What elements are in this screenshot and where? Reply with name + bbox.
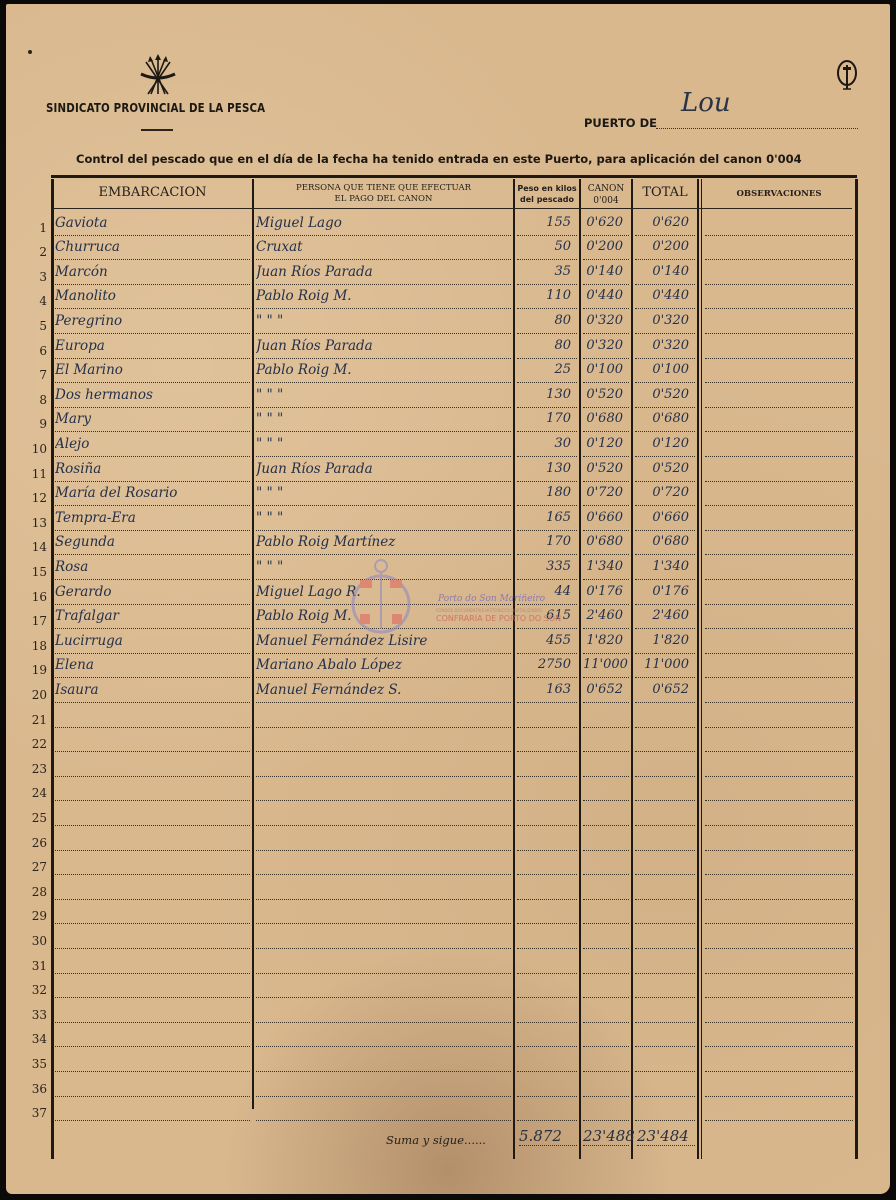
document-page: SINDICATO PROVINCIAL DE LA PESCA PUERTO …	[6, 4, 890, 1194]
observaciones-cell[interactable]	[705, 704, 853, 728]
table-row: 35	[51, 1047, 857, 1072]
observaciones-cell[interactable]	[705, 236, 853, 260]
table-row: 3MarcónJuan Ríos Parada350'1400'140	[51, 260, 857, 285]
observaciones-cell[interactable]	[705, 359, 853, 383]
canon-cell[interactable]: 0'440	[583, 285, 629, 309]
persona-cell[interactable]: " " "	[256, 310, 511, 334]
persona-cell[interactable]: " " "	[256, 408, 511, 432]
row-number: 14	[21, 540, 47, 554]
canon-cell[interactable]: 0'200	[583, 236, 629, 260]
observaciones-cell[interactable]	[705, 974, 853, 998]
embarcacion-cell[interactable]: María del Rosario	[55, 482, 250, 506]
suma-y-sigue-label: Suma y sigue......	[386, 1133, 486, 1147]
row-number: 29	[21, 909, 47, 923]
canon-cell[interactable]: 0'680	[583, 408, 629, 432]
embarcacion-cell[interactable]	[55, 974, 250, 998]
embarcacion-cell[interactable]	[55, 827, 250, 851]
peso-cell[interactable]	[517, 999, 577, 1023]
embarcacion-cell[interactable]: Segunda	[55, 531, 250, 555]
canon-cell[interactable]: 0'176	[583, 581, 629, 605]
persona-cell[interactable]	[256, 974, 511, 998]
total-cell[interactable]	[635, 1048, 695, 1072]
peso-cell[interactable]	[517, 802, 577, 826]
persona-cell[interactable]	[256, 704, 511, 728]
table-row: 22	[51, 728, 857, 753]
peso-cell[interactable]	[517, 1023, 577, 1047]
peso-cell[interactable]: 110	[517, 285, 577, 309]
observaciones-cell[interactable]	[705, 384, 853, 408]
embarcacion-cell[interactable]: Dos hermanos	[55, 384, 250, 408]
row-number: 23	[21, 762, 47, 776]
total-cell[interactable]	[635, 925, 695, 949]
table-row: 23	[51, 752, 857, 777]
observaciones-cell[interactable]	[705, 802, 853, 826]
table-row: 27	[51, 851, 857, 876]
total-cell[interactable]	[635, 704, 695, 728]
persona-cell[interactable]	[256, 802, 511, 826]
observaciones-cell[interactable]	[705, 458, 853, 482]
peso-cell[interactable]: 2750	[517, 654, 577, 678]
peso-cell[interactable]: 335	[517, 556, 577, 580]
total-cell[interactable]: 0'680	[635, 408, 695, 432]
embarcacion-cell[interactable]	[55, 753, 250, 777]
table-row: 24	[51, 777, 857, 802]
persona-cell[interactable]: Miguel Lago	[256, 212, 511, 236]
observaciones-cell[interactable]	[705, 1097, 853, 1121]
canon-cell[interactable]	[583, 925, 629, 949]
embarcacion-cell[interactable]	[55, 950, 250, 974]
peso-cell[interactable]	[517, 974, 577, 998]
peso-cell[interactable]: 180	[517, 482, 577, 506]
total-cell[interactable]: 2'460	[635, 605, 695, 629]
persona-cell[interactable]	[256, 753, 511, 777]
observaciones-cell[interactable]	[705, 753, 853, 777]
puerto-label: PUERTO DE	[584, 116, 657, 130]
canon-cell[interactable]: 0'620	[583, 212, 629, 236]
total-cell[interactable]	[635, 950, 695, 974]
embarcacion-cell[interactable]: Gerardo	[55, 581, 250, 605]
total-cell[interactable]: 0'652	[635, 679, 695, 703]
table-row: 26	[51, 826, 857, 851]
persona-cell[interactable]: " " "	[256, 384, 511, 408]
canon-cell[interactable]	[583, 851, 629, 875]
total-cell[interactable]	[635, 999, 695, 1023]
canon-cell[interactable]: 2'460	[583, 605, 629, 629]
header-bottom-rule	[53, 208, 852, 209]
row-number: 1	[21, 221, 47, 235]
total-cell[interactable]: 0'660	[635, 507, 695, 531]
table-row: 19ElenaMariano Abalo López275011'00011'0…	[51, 654, 857, 679]
table-row: 25	[51, 801, 857, 826]
table-row: 9Mary" " "1700'6800'680	[51, 408, 857, 433]
observaciones-cell[interactable]	[705, 1048, 853, 1072]
row-number: 36	[21, 1082, 47, 1096]
canon-cell[interactable]: 0'652	[583, 679, 629, 703]
observaciones-cell[interactable]	[705, 728, 853, 752]
embarcacion-cell[interactable]	[55, 802, 250, 826]
table-row: 12María del Rosario" " "1800'7200'720	[51, 482, 857, 507]
peso-cell[interactable]: 130	[517, 384, 577, 408]
persona-cell[interactable]: Juan Ríos Parada	[256, 335, 511, 359]
observaciones-cell[interactable]	[705, 679, 853, 703]
peso-cell[interactable]: 80	[517, 335, 577, 359]
observaciones-cell[interactable]	[705, 433, 853, 457]
table-row: 32	[51, 974, 857, 999]
persona-cell[interactable]	[256, 851, 511, 875]
canon-cell[interactable]	[583, 802, 629, 826]
table-row: 29	[51, 900, 857, 925]
header-canon-line2: 0'004	[581, 195, 631, 207]
embarcacion-cell[interactable]: Alejo	[55, 433, 250, 457]
row-number: 13	[21, 516, 47, 530]
table-row: 37	[51, 1097, 857, 1122]
persona-cell[interactable]	[256, 1023, 511, 1047]
persona-cell[interactable]	[256, 900, 511, 924]
row-number: 34	[21, 1032, 47, 1046]
row-number: 3	[21, 270, 47, 284]
observaciones-cell[interactable]	[705, 1073, 853, 1097]
peso-cell[interactable]: 50	[517, 236, 577, 260]
embarcacion-cell[interactable]	[55, 876, 250, 900]
yoke-and-arrows-emblem-icon	[138, 54, 178, 98]
row-number: 4	[21, 294, 47, 308]
persona-cell[interactable]: Pablo Roig M.	[256, 285, 511, 309]
observaciones-cell[interactable]	[705, 507, 853, 531]
observaciones-cell[interactable]	[705, 310, 853, 334]
canon-cell[interactable]	[583, 1048, 629, 1072]
row-number: 2	[21, 245, 47, 259]
observaciones-cell[interactable]	[705, 212, 853, 236]
total-cell[interactable]: 0'320	[635, 310, 695, 334]
row-number: 28	[21, 885, 47, 899]
peso-cell[interactable]: 165	[517, 507, 577, 531]
header-peso: Peso en kilos del pescado	[515, 183, 579, 205]
observaciones-cell[interactable]	[705, 335, 853, 359]
row-number: 30	[21, 934, 47, 948]
persona-cell[interactable]: Manuel Fernández S.	[256, 679, 511, 703]
observaciones-cell[interactable]	[705, 1023, 853, 1047]
embarcacion-cell[interactable]: Manolito	[55, 285, 250, 309]
peso-cell[interactable]	[517, 900, 577, 924]
total-cell[interactable]	[635, 802, 695, 826]
row-number: 16	[21, 590, 47, 604]
peso-cell[interactable]: 155	[517, 212, 577, 236]
table-row: 1GaviotaMiguel Lago1550'6200'620	[51, 211, 857, 236]
embarcacion-cell[interactable]: Tempra-Era	[55, 507, 250, 531]
observaciones-cell[interactable]	[705, 285, 853, 309]
row-number: 35	[21, 1057, 47, 1071]
peso-cell[interactable]: 80	[517, 310, 577, 334]
header-canon-line1: CANON	[581, 183, 631, 195]
peso-cell[interactable]	[517, 876, 577, 900]
observaciones-cell[interactable]	[705, 482, 853, 506]
canon-cell[interactable]: 0'320	[583, 335, 629, 359]
peso-cell[interactable]	[517, 1048, 577, 1072]
canon-cell[interactable]	[583, 728, 629, 752]
total-cell[interactable]: 0'440	[635, 285, 695, 309]
persona-cell[interactable]	[256, 1073, 511, 1097]
total-cell[interactable]	[635, 974, 695, 998]
total-cell[interactable]: 0'680	[635, 531, 695, 555]
header-peso-line1: Peso en kilos	[515, 183, 579, 194]
persona-cell[interactable]: " " "	[256, 507, 511, 531]
persona-cell[interactable]	[256, 777, 511, 801]
total-cell[interactable]: 0'320	[635, 335, 695, 359]
canon-cell[interactable]	[583, 827, 629, 851]
peso-cell[interactable]	[517, 950, 577, 974]
canon-cell[interactable]: 0'140	[583, 261, 629, 285]
row-number: 9	[21, 417, 47, 431]
table-row: 21	[51, 703, 857, 728]
canon-cell[interactable]	[583, 704, 629, 728]
observaciones-cell[interactable]	[705, 876, 853, 900]
row-number: 21	[21, 713, 47, 727]
peso-cell[interactable]: 35	[517, 261, 577, 285]
total-cell[interactable]: 0'720	[635, 482, 695, 506]
canon-cell[interactable]: 0'660	[583, 507, 629, 531]
observaciones-cell[interactable]	[705, 261, 853, 285]
total-cell[interactable]	[635, 753, 695, 777]
persona-cell[interactable]: " " "	[256, 482, 511, 506]
row-number: 26	[21, 836, 47, 850]
persona-cell[interactable]: Juan Ríos Parada	[256, 458, 511, 482]
embarcacion-cell[interactable]: Marcón	[55, 261, 250, 285]
observaciones-cell[interactable]	[705, 408, 853, 432]
observaciones-cell[interactable]	[705, 556, 853, 580]
header-observaciones: OBSERVACIONES	[703, 189, 855, 199]
table-row: 8Dos hermanos" " "1300'5200'520	[51, 383, 857, 408]
embarcacion-cell[interactable]: Isaura	[55, 679, 250, 703]
canon-cell[interactable]: 0'120	[583, 433, 629, 457]
row-number: 33	[21, 1008, 47, 1022]
grand-total[interactable]: 23'484	[637, 1127, 695, 1146]
total-cell[interactable]	[635, 827, 695, 851]
observaciones-cell[interactable]	[705, 950, 853, 974]
peso-cell[interactable]: 163	[517, 679, 577, 703]
embarcacion-cell[interactable]: Rosa	[55, 556, 250, 580]
peso-cell[interactable]: 170	[517, 531, 577, 555]
embarcacion-cell[interactable]	[55, 1048, 250, 1072]
total-cell[interactable]	[635, 1023, 695, 1047]
persona-cell[interactable]	[256, 925, 511, 949]
embarcacion-cell[interactable]	[55, 925, 250, 949]
total-cell[interactable]: 0'140	[635, 261, 695, 285]
canon-cell[interactable]: 0'320	[583, 310, 629, 334]
embarcacion-cell[interactable]: Elena	[55, 654, 250, 678]
row-number: 24	[21, 786, 47, 800]
observaciones-cell[interactable]	[705, 605, 853, 629]
embarcacion-cell[interactable]	[55, 1023, 250, 1047]
watermark-subtitle: FONDOS DOCUMENTAIS HISTÓRICOS DIXITALIZA…	[436, 608, 542, 613]
canon-cell[interactable]: 0'520	[583, 458, 629, 482]
embarcacion-cell[interactable]: Churruca	[55, 236, 250, 260]
total-cell[interactable]: 0'520	[635, 458, 695, 482]
embarcacion-cell[interactable]: Mary	[55, 408, 250, 432]
canon-cell[interactable]	[583, 777, 629, 801]
embarcacion-cell[interactable]: El Marino	[55, 359, 250, 383]
total-cell[interactable]	[635, 728, 695, 752]
embarcacion-cell[interactable]: Europa	[55, 335, 250, 359]
row-number: 10	[21, 442, 47, 456]
persona-cell[interactable]	[256, 1048, 511, 1072]
total-cell[interactable]: 0'176	[635, 581, 695, 605]
table-row: 28	[51, 875, 857, 900]
observaciones-cell[interactable]	[705, 531, 853, 555]
table-row: 11RosiñaJuan Ríos Parada1300'5200'520	[51, 457, 857, 482]
total-cell[interactable]	[635, 900, 695, 924]
embarcacion-cell[interactable]	[55, 999, 250, 1023]
puerto-value[interactable]: Lou	[681, 88, 731, 118]
persona-cell[interactable]: Mariano Abalo López	[256, 654, 511, 678]
total-cell[interactable]	[635, 777, 695, 801]
observaciones-cell[interactable]	[705, 630, 853, 654]
peso-cell[interactable]	[517, 1097, 577, 1121]
header-total: TOTAL	[633, 185, 697, 200]
embarcacion-cell[interactable]: Gaviota	[55, 212, 250, 236]
watermark-signature: Porto do Son Mariñeiro	[438, 594, 545, 604]
canon-cell[interactable]	[583, 876, 629, 900]
total-cell[interactable]: 0'520	[635, 384, 695, 408]
table-row: 14SegundaPablo Roig Martínez1700'6800'68…	[51, 531, 857, 556]
peso-cell[interactable]	[517, 925, 577, 949]
total-cell[interactable]	[635, 1073, 695, 1097]
embarcacion-cell[interactable]	[55, 704, 250, 728]
embarcacion-cell[interactable]	[55, 1073, 250, 1097]
puerto-field-line	[656, 128, 858, 129]
peso-cell[interactable]	[517, 827, 577, 851]
row-number: 37	[21, 1106, 47, 1120]
table-row: 15Rosa" " "3351'3401'340	[51, 555, 857, 580]
embarcacion-cell[interactable]	[55, 777, 250, 801]
persona-cell[interactable]	[256, 950, 511, 974]
embarcacion-cell[interactable]: Lucirruga	[55, 630, 250, 654]
total-cell[interactable]	[635, 851, 695, 875]
embarcacion-cell[interactable]	[55, 1097, 250, 1121]
total-cell[interactable]: 0'620	[635, 212, 695, 236]
table-row: 36	[51, 1072, 857, 1097]
total-cell[interactable]	[635, 1097, 695, 1121]
peso-cell[interactable]: 170	[517, 408, 577, 432]
persona-cell[interactable]: Cruxat	[256, 236, 511, 260]
canon-cell[interactable]: 0'100	[583, 359, 629, 383]
persona-cell[interactable]	[256, 728, 511, 752]
observaciones-cell[interactable]	[705, 827, 853, 851]
watermark-org: CONFRARIA DE PORTO DO SON	[436, 614, 561, 623]
total-cell[interactable]: 0'100	[635, 359, 695, 383]
peso-cell[interactable]	[517, 777, 577, 801]
observaciones-cell[interactable]	[705, 581, 853, 605]
persona-cell[interactable]	[256, 827, 511, 851]
canon-cell[interactable]: 0'720	[583, 482, 629, 506]
row-number: 32	[21, 983, 47, 997]
embarcacion-cell[interactable]: Peregrino	[55, 310, 250, 334]
table-row: 31	[51, 949, 857, 974]
canon-cell[interactable]	[583, 1073, 629, 1097]
total-cell[interactable]: 0'200	[635, 236, 695, 260]
total-cell[interactable]: 11'000	[635, 654, 695, 678]
total-cell[interactable]: 1'340	[635, 556, 695, 580]
row-number: 5	[21, 319, 47, 333]
row-number: 7	[21, 368, 47, 382]
row-number: 20	[21, 688, 47, 702]
canon-cell[interactable]: 0'520	[583, 384, 629, 408]
canon-cell[interactable]	[583, 753, 629, 777]
row-number: 8	[21, 393, 47, 407]
peso-total[interactable]: 5.872	[519, 1127, 577, 1146]
peso-cell[interactable]: 25	[517, 359, 577, 383]
peso-cell[interactable]	[517, 704, 577, 728]
canon-cell[interactable]: 1'820	[583, 630, 629, 654]
observaciones-cell[interactable]	[705, 999, 853, 1023]
observaciones-cell[interactable]	[705, 925, 853, 949]
canon-cell[interactable]	[583, 974, 629, 998]
table-top-rule	[51, 175, 857, 178]
embarcacion-cell[interactable]: Rosiña	[55, 458, 250, 482]
title-underline	[141, 129, 173, 131]
canon-cell[interactable]	[583, 999, 629, 1023]
canon-total[interactable]: 23'488	[583, 1127, 629, 1146]
canon-cell[interactable]	[583, 950, 629, 974]
row-number: 27	[21, 860, 47, 874]
canon-cell[interactable]: 11'000	[583, 654, 629, 678]
canon-cell[interactable]	[583, 1097, 629, 1121]
canon-cell[interactable]: 0'680	[583, 531, 629, 555]
persona-cell[interactable]	[256, 876, 511, 900]
embarcacion-cell[interactable]	[55, 851, 250, 875]
header-canon: CANON 0'004	[581, 183, 631, 207]
embarcacion-cell[interactable]: Trafalgar	[55, 605, 250, 629]
table-row: 7El MarinoPablo Roig M.250'1000'100	[51, 359, 857, 384]
persona-cell[interactable]	[256, 1097, 511, 1121]
header-persona-line1: PERSONA QUE TIENE QUE EFECTUAR	[254, 183, 513, 194]
organization-title: SINDICATO PROVINCIAL DE LA PESCA	[46, 100, 265, 115]
peso-cell[interactable]: 30	[517, 433, 577, 457]
control-description: Control del pescado que en el día de la …	[76, 152, 836, 166]
peso-cell[interactable]	[517, 851, 577, 875]
peso-cell[interactable]: 455	[517, 630, 577, 654]
table-row: 10Alejo" " "300'1200'120	[51, 432, 857, 457]
persona-cell[interactable]	[256, 999, 511, 1023]
observaciones-cell[interactable]	[705, 654, 853, 678]
row-number: 25	[21, 811, 47, 825]
embarcacion-cell[interactable]	[55, 728, 250, 752]
peso-cell[interactable]	[517, 1073, 577, 1097]
peso-cell[interactable]: 130	[517, 458, 577, 482]
canon-cell[interactable]	[583, 1023, 629, 1047]
observaciones-cell[interactable]	[705, 851, 853, 875]
table-row: 4ManolitoPablo Roig M.1100'4400'440	[51, 285, 857, 310]
persona-cell[interactable]: " " "	[256, 433, 511, 457]
anchor-stamp-icon	[346, 554, 416, 644]
table-row: 30	[51, 924, 857, 949]
observaciones-cell[interactable]	[705, 900, 853, 924]
total-cell[interactable]: 1'820	[635, 630, 695, 654]
peso-cell[interactable]	[517, 728, 577, 752]
row-number: 18	[21, 639, 47, 653]
row-number: 11	[21, 467, 47, 481]
total-cell[interactable]: 0'120	[635, 433, 695, 457]
total-cell[interactable]	[635, 876, 695, 900]
canon-cell[interactable]: 1'340	[583, 556, 629, 580]
persona-cell[interactable]: Juan Ríos Parada	[256, 261, 511, 285]
embarcacion-cell[interactable]	[55, 900, 250, 924]
persona-cell[interactable]: Pablo Roig Martínez	[256, 531, 511, 555]
peso-cell[interactable]	[517, 753, 577, 777]
observaciones-cell[interactable]	[705, 777, 853, 801]
canon-cell[interactable]	[583, 900, 629, 924]
table-row: 33	[51, 998, 857, 1023]
persona-cell[interactable]: Pablo Roig M.	[256, 359, 511, 383]
